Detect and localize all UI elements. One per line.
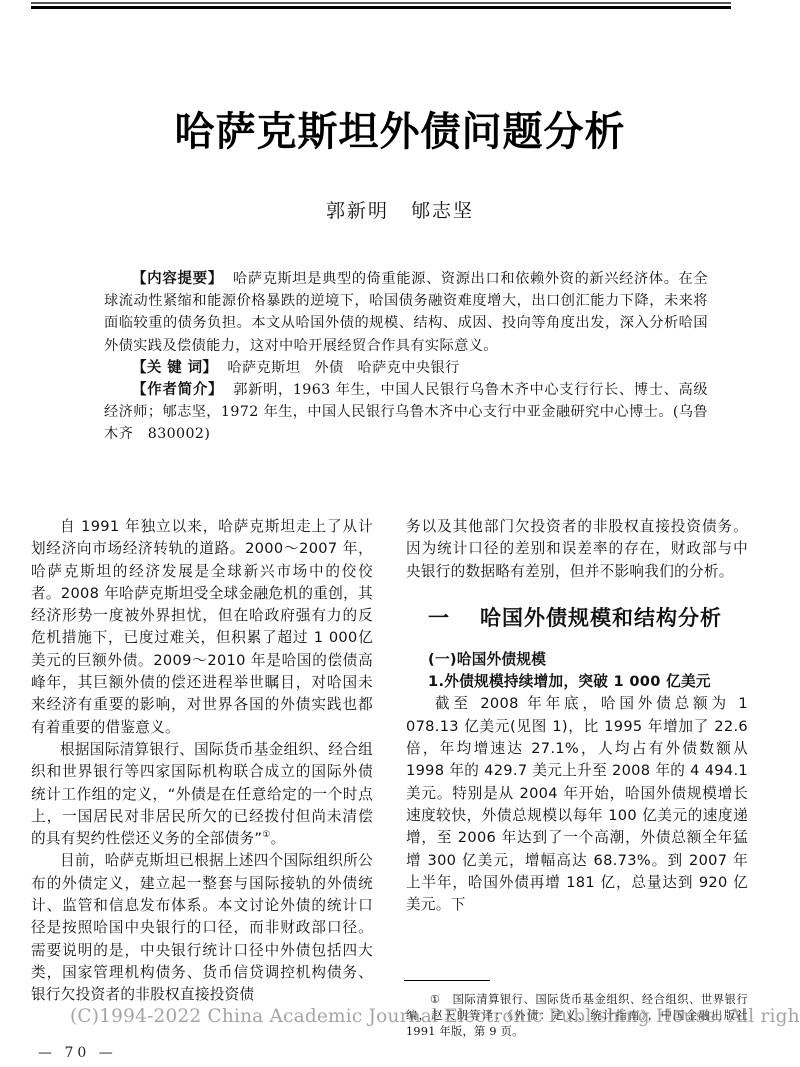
abstract-author-bio: 【作者简介】郭新明，1963 年生，中国人民银行乌鲁木齐中心支行行长、博士、高级… <box>104 379 708 446</box>
abstract-block: 【内容提要】哈萨克斯坦是典型的倚重能源、资源出口和依赖外资的新兴经济体。在全球流… <box>104 268 708 446</box>
abstract-summary: 【内容提要】哈萨克斯坦是典型的倚重能源、资源出口和依赖外资的新兴经济体。在全球流… <box>104 268 708 357</box>
footnote-mark: ① <box>430 993 441 1006</box>
body-paragraph-continuation: 务以及其他部门欠投资者的非股权直接投资债务。因为统计口径的差别和误差率的存在，财… <box>406 516 748 583</box>
author-name: 郇志坚 <box>411 200 474 222</box>
subsubsection-heading: 1.外债规模持续增加，突破 1 000 亿美元 <box>428 671 748 693</box>
article-title: 哈萨克斯坦外债问题分析 <box>0 100 800 157</box>
keyword: 哈萨克斯坦 <box>227 360 300 376</box>
footnote-reference[interactable]: ① <box>262 830 270 840</box>
subsection-heading: (一)哈国外债规模 <box>428 649 748 671</box>
author-name: 郭新明 <box>326 200 389 222</box>
body-paragraph-text: 根据国际清算银行、国际货币基金组织、经合组织和世界银行等四家国际机构联合成立的国… <box>31 741 373 847</box>
keyword: 外债 <box>314 360 343 376</box>
header-rule-thin <box>31 2 731 4</box>
footnote: ①国际清算银行、国际货币基金组织、经合组织、世界银行编，赵天朗等译：《外债：定义… <box>406 992 748 1040</box>
abstract-author-bio-label: 【作者简介】 <box>132 382 223 398</box>
abstract-keywords-label: 【关 键 词】 <box>132 360 217 376</box>
body-paragraph: 截至 2008 年年底，哈国外债总额为 1 078.13 亿美元(见图 1)，比… <box>406 693 748 916</box>
abstract-keywords: 【关 键 词】哈萨克斯坦外债哈萨克中央银行 <box>104 357 708 379</box>
body-left-column: 自 1991 年独立以来，哈萨克斯坦走上了从计划经济向市场经济转轨的道路。200… <box>31 516 373 1007</box>
section-number: 一 <box>428 606 450 630</box>
section-heading: 一哈国外债规模和结构分析 <box>428 603 748 633</box>
section-title: 哈国外债规模和结构分析 <box>480 606 722 630</box>
abstract-summary-label: 【内容提要】 <box>132 271 223 287</box>
body-paragraph: 自 1991 年独立以来，哈萨克斯坦走上了从计划经济向市场经济转轨的道路。200… <box>31 516 373 739</box>
body-paragraph: 根据国际清算银行、国际货币基金组织、经合组织和世界银行等四家国际机构联合成立的国… <box>31 739 373 850</box>
keyword: 哈萨克中央银行 <box>358 360 460 376</box>
body-right-column: 务以及其他部门欠投资者的非股权直接投资债务。因为统计口径的差别和误差率的存在，财… <box>406 516 748 916</box>
header-double-rule <box>31 2 731 9</box>
page-number: — 70 — <box>38 1045 117 1061</box>
footnote-item: ①国际清算银行、国际货币基金组织、经合组织、世界银行编，赵天朗等译：《外债：定义… <box>406 992 748 1040</box>
footnote-divider <box>404 980 490 981</box>
body-paragraph-tail: 。 <box>271 830 286 847</box>
body-paragraph: 目前，哈萨克斯坦已根据上述四个国际组织所公布的外债定义，建立起一整套与国际接轨的… <box>31 850 373 1006</box>
article-authors: 郭新明郇志坚 <box>0 196 800 223</box>
footnote-text: 国际清算银行、国际货币基金组织、经合组织、世界银行编，赵天朗等译：《外债：定义、… <box>406 993 748 1038</box>
header-rule-thick <box>31 6 731 9</box>
